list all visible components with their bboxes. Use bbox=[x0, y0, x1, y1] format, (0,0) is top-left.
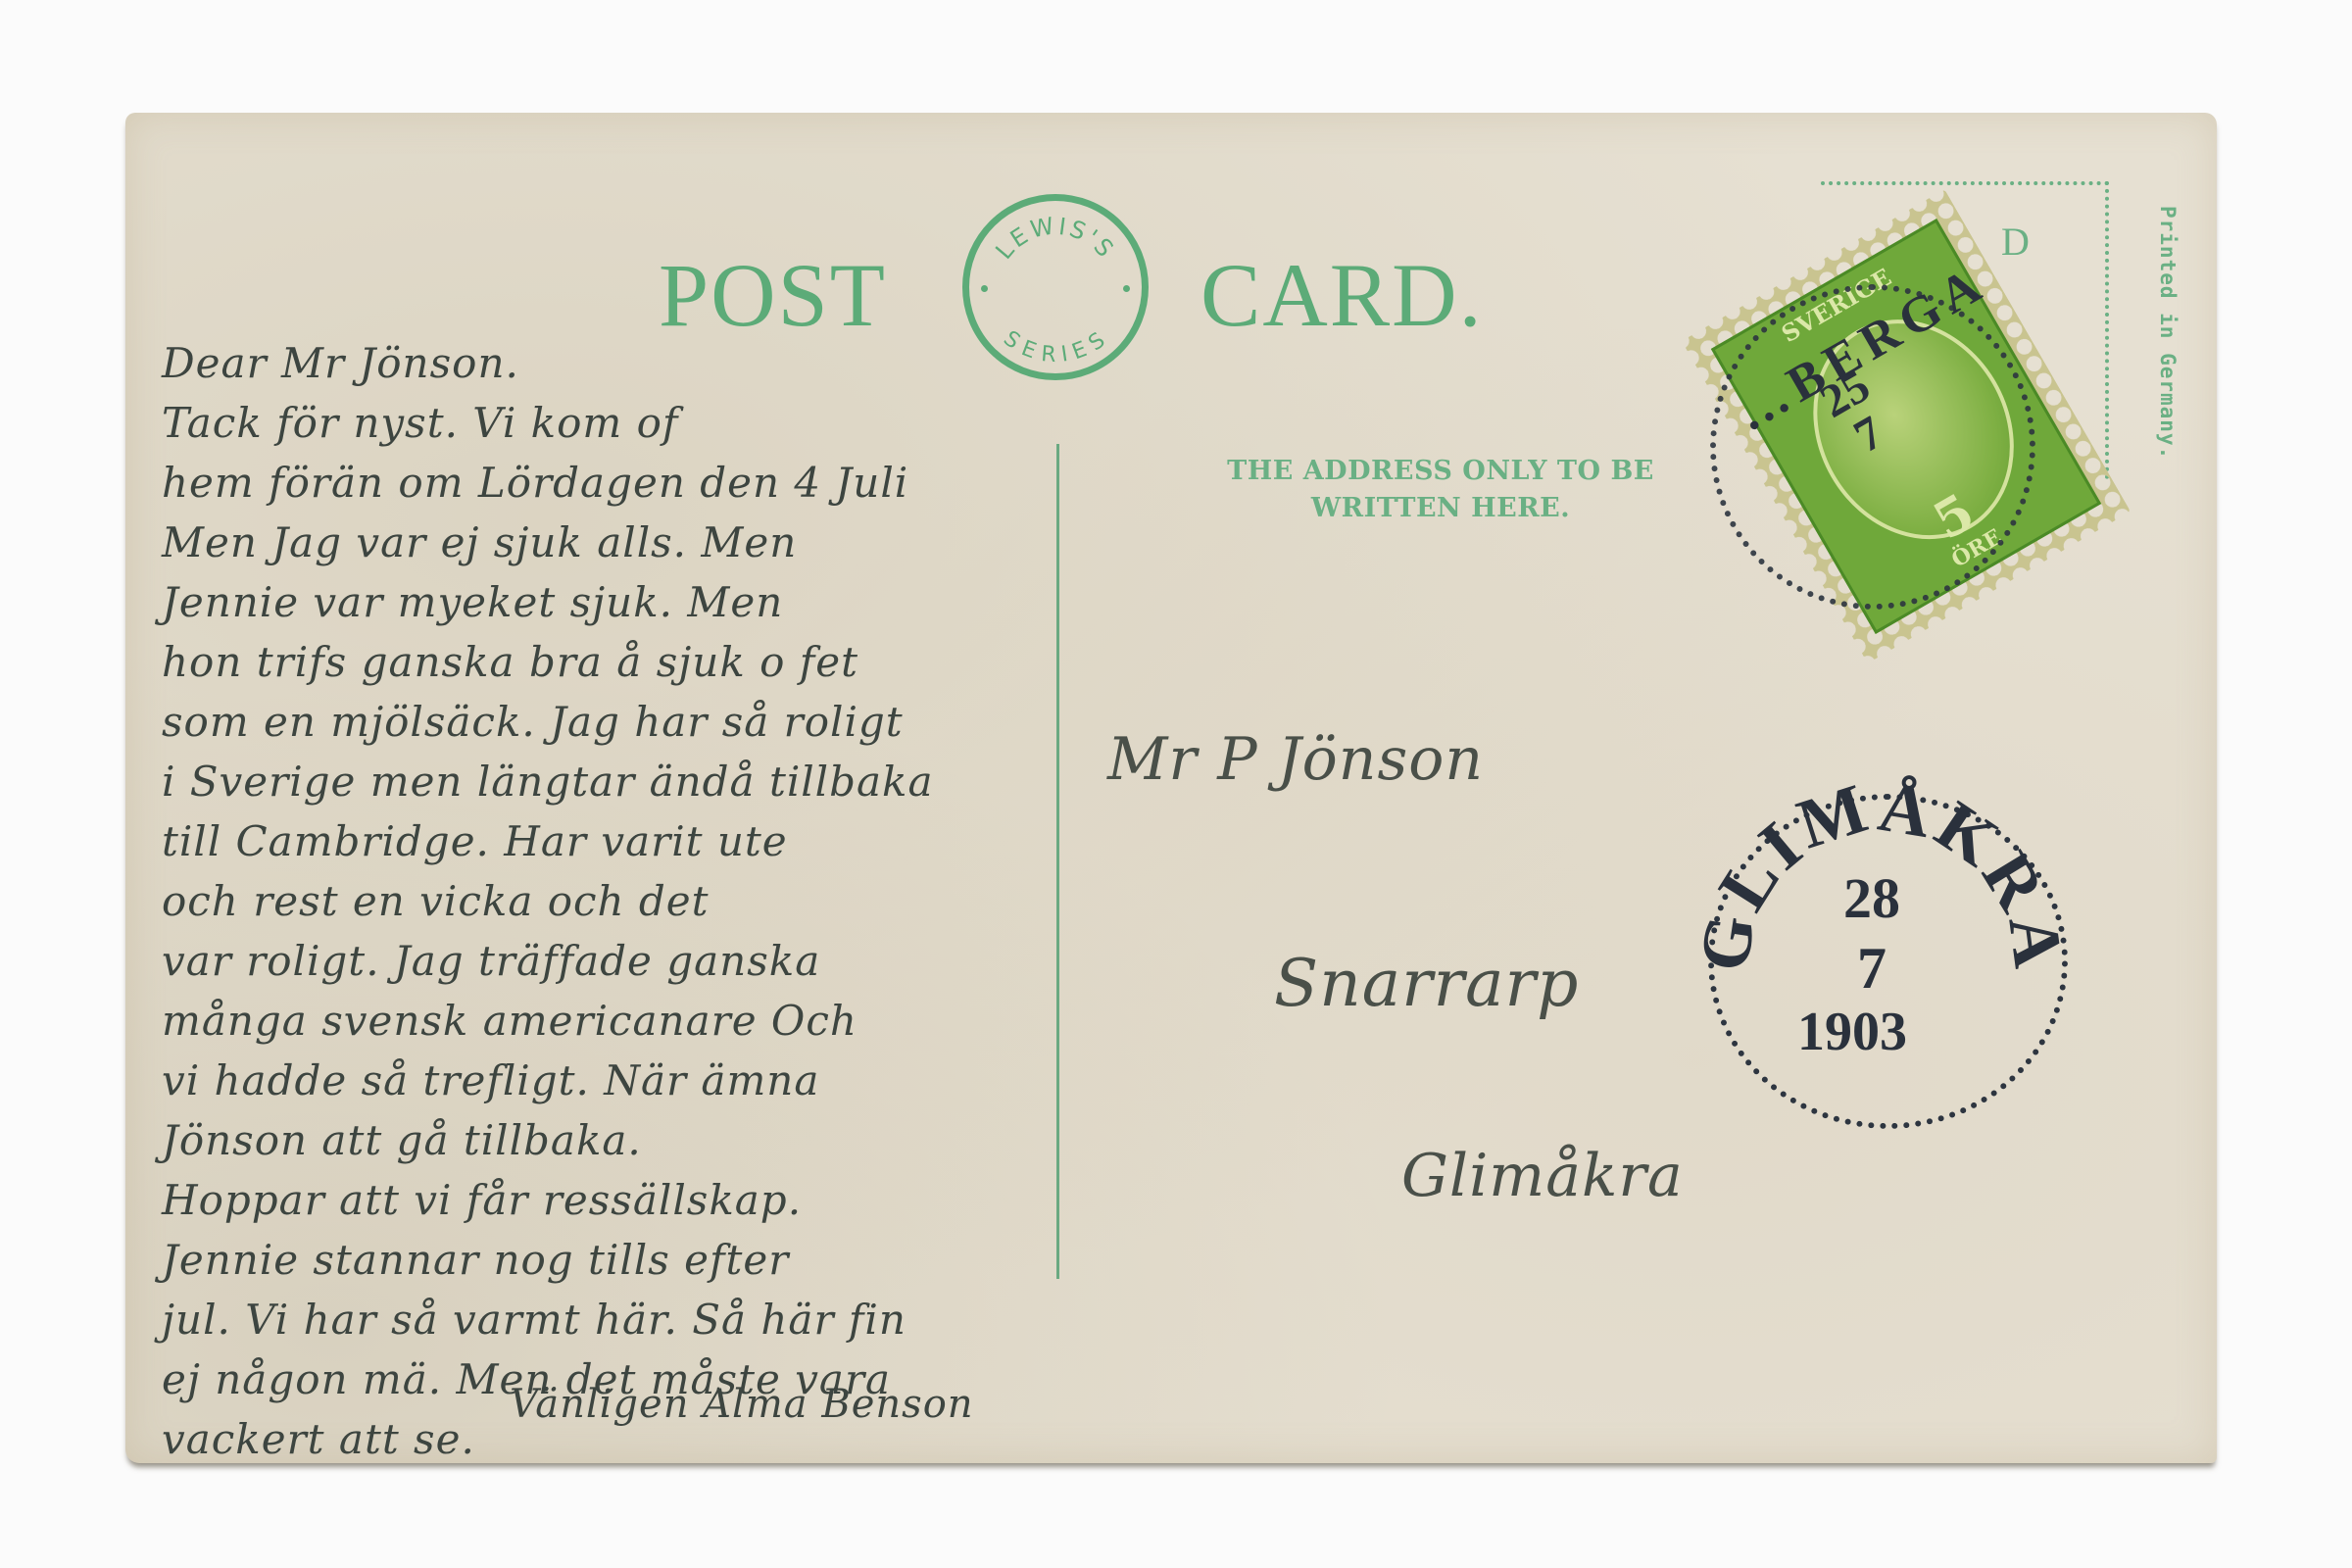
center-divider bbox=[1056, 444, 1059, 1279]
svg-text:SERIES: SERIES bbox=[999, 326, 1112, 367]
logo-dot-right bbox=[1123, 285, 1130, 292]
logo-ring-text: LEWIS'S SERIES bbox=[969, 201, 1142, 373]
handwritten-message: Dear Mr Jönson. Tack för nyst. Vi kom of… bbox=[162, 333, 934, 1469]
lewis-series-logo: LEWIS'S SERIES bbox=[962, 194, 1149, 380]
message-line: hon trifs ganska bra å sjuk o fet bbox=[162, 632, 934, 692]
postmark-arrival-month: 7 bbox=[1823, 939, 1921, 998]
address-recipient: Mr P Jönson bbox=[1107, 725, 1484, 794]
message-line: Tack för nyst. Vi kom of bbox=[162, 393, 934, 453]
logo-dot-left bbox=[981, 285, 988, 292]
message-line: som en mjölsäck. Jag har så roligt bbox=[162, 692, 934, 752]
message-line: hem förän om Lördagen den 4 Juli bbox=[162, 453, 934, 513]
message-line: Hoppar att vi får ressällskap. bbox=[162, 1170, 934, 1230]
message-line: och rest en vicka och det bbox=[162, 871, 934, 931]
logo-bottom-text: SERIES bbox=[999, 326, 1112, 367]
address-note-line2: WRITTEN HERE. bbox=[1156, 490, 1725, 527]
address-note-line1: THE ADDRESS ONLY TO BE bbox=[1156, 453, 1725, 490]
logo-top-text: LEWIS'S bbox=[990, 212, 1120, 265]
address-town: Glimåkra bbox=[1401, 1142, 1684, 1210]
address-instructions: THE ADDRESS ONLY TO BE WRITTEN HERE. bbox=[1156, 453, 1725, 527]
message-line: Jennie stannar nog tills efter bbox=[162, 1230, 934, 1290]
postmark-arrival-day: 28 bbox=[1823, 870, 1921, 927]
message-line: vi hadde så trefligt. När ämna bbox=[162, 1051, 934, 1110]
svg-text:LEWIS'S: LEWIS'S bbox=[990, 212, 1120, 265]
message-line: i Sverige men längtar ändå tillbaka bbox=[162, 752, 934, 811]
message-line: jul. Vi har så varmt här. Så här fin bbox=[162, 1290, 934, 1349]
address-locality: Snarrarp bbox=[1274, 946, 1579, 1021]
message-line: var roligt. Jag träffade ganska bbox=[162, 931, 934, 991]
post-heading: POST bbox=[659, 250, 887, 340]
message-line: många svensk americanare Och bbox=[162, 991, 934, 1051]
message-line: Jönson att gå tillbaka. bbox=[162, 1110, 934, 1170]
message-line: Jennie var myeket sjuk. Men bbox=[162, 572, 934, 632]
message-line: Dear Mr Jönson. bbox=[162, 333, 934, 393]
postmark-arrival-year: 1903 bbox=[1764, 1004, 1940, 1059]
signature: Vänligen Alma Benson bbox=[510, 1382, 974, 1427]
message-line: till Cambridge. Har varit ute bbox=[162, 811, 934, 871]
card-heading: CARD. bbox=[1200, 250, 1484, 340]
printed-in-germany: Printed in Germany. bbox=[2156, 206, 2180, 460]
message-line: Men Jag var ej sjuk alls. Men bbox=[162, 513, 934, 572]
